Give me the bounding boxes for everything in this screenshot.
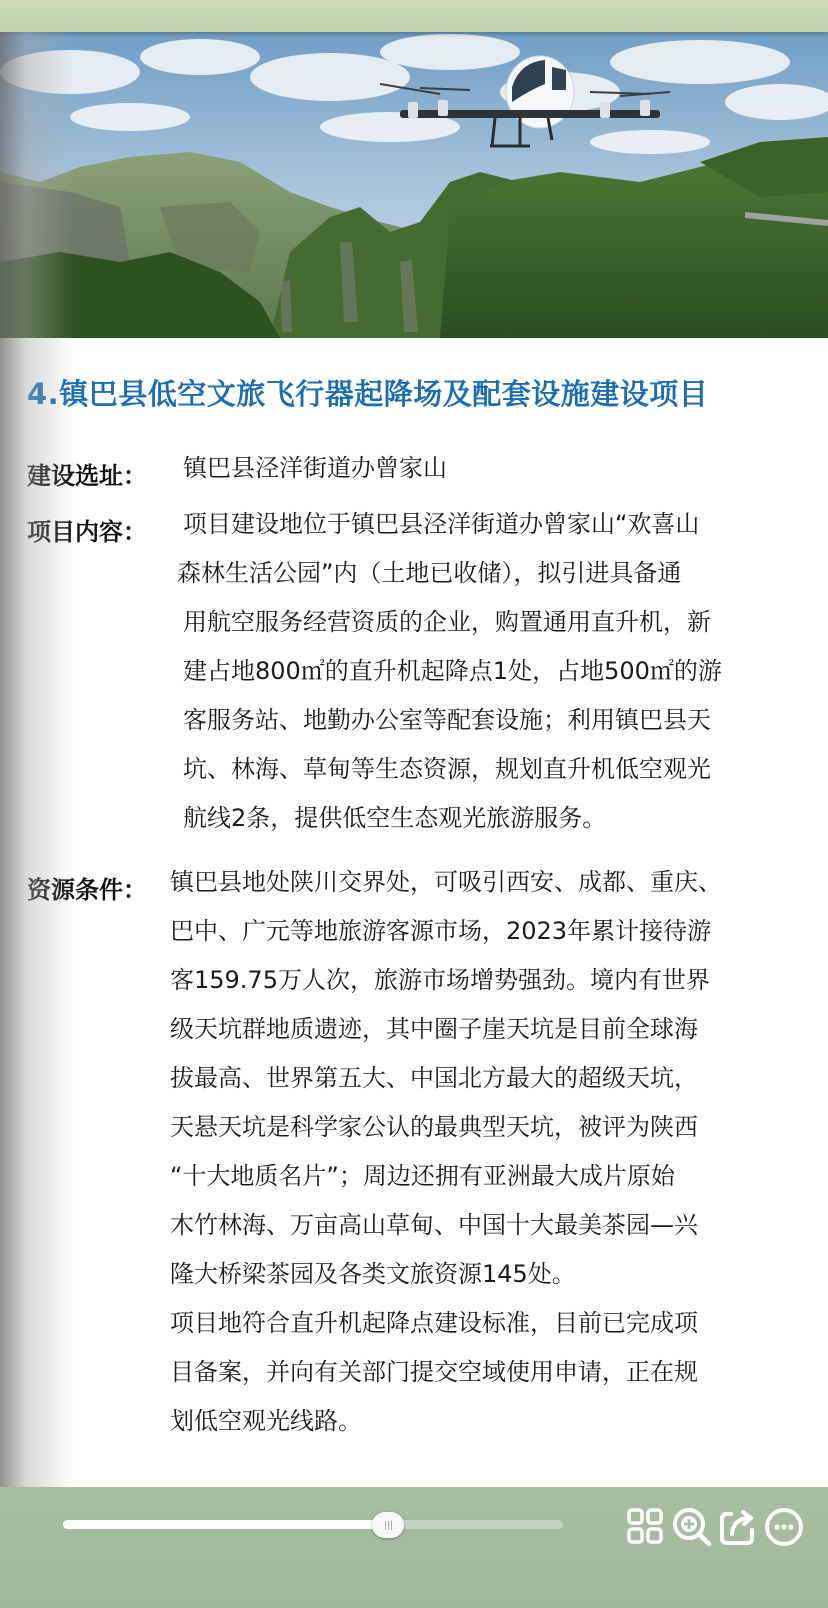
zoom-in-icon	[671, 1506, 713, 1548]
resources-text-line: 客159.75万人次，旅游市场增势强劲。境内有世界	[170, 956, 722, 1005]
content-text-line: 建占地800㎡的直升机起降点1处，占地500㎡的游	[183, 647, 722, 696]
resources-text-line: 木竹林海、万亩高山草甸、中国十大最美茶园—兴	[170, 1201, 722, 1250]
share-button[interactable]	[716, 1505, 760, 1549]
zoom-in-button[interactable]	[670, 1505, 714, 1549]
content-text-line: 项目建设地位于镇巴县泾洋街道办曾家山“欢喜山	[183, 500, 722, 549]
document-page: 4.镇巴县低空文旅飞行器起降场及配套设施建设项目 建设选址： 镇巴县泾洋街道办曾…	[0, 32, 828, 1487]
content-text-line: 客服务站、地勤办公室等配套设施；利用镇巴县天	[183, 696, 722, 745]
content-text-line: 航线2条，提供低空生态观光旅游服务。	[183, 794, 722, 843]
content-text: 项目建设地位于镇巴县泾洋街道办曾家山“欢喜山 森林生活公园”内（土地已收储），拟…	[183, 500, 722, 843]
resources-text: 镇巴县地处陕川交界处，可吸引西安、成都、重庆、 巴中、广元等地旅游客源市场，20…	[170, 858, 722, 1446]
site-text-line: 镇巴县泾洋街道办曾家山	[183, 444, 447, 493]
content-label: 项目内容：	[27, 512, 147, 547]
resources-text-line: 目备案，并向有关部门提交空域使用申请，正在规	[170, 1348, 722, 1397]
grid-view-icon	[626, 1507, 666, 1547]
resources-text-line: 划低空观光线路。	[170, 1397, 722, 1446]
resources-label: 资源条件：	[27, 870, 147, 905]
slider-fill	[63, 1520, 378, 1529]
viewer-top-band	[0, 0, 828, 32]
site-value: 镇巴县泾洋街道办曾家山	[183, 444, 447, 493]
content-text-line: 森林生活公园”内（土地已收储），拟引进具备通	[177, 549, 722, 598]
resources-text-line: 隆大桥梁茶园及各类文旅资源145处。	[170, 1250, 722, 1299]
resources-text-line: 天悬天坑是科学家公认的最典型天坑，被评为陕西	[170, 1103, 722, 1152]
site-label: 建设选址：	[27, 456, 147, 491]
hero-image	[0, 32, 828, 338]
resources-text-line: 巴中、广元等地旅游客源市场，2023年累计接待游	[170, 907, 722, 956]
share-icon	[717, 1506, 759, 1548]
project-title: 4.镇巴县低空文旅飞行器起降场及配套设施建设项目	[27, 372, 708, 413]
page-progress-slider[interactable]	[63, 1520, 563, 1529]
more-icon	[763, 1506, 805, 1548]
resources-text-line: “十大地质名片”；周边还拥有亚洲最大成片原始	[170, 1152, 722, 1201]
grid-view-button[interactable]	[624, 1505, 668, 1549]
viewer-toolbar	[624, 1500, 806, 1554]
resources-text-line: 拔最高、世界第五大、中国北方最大的超级天坑，	[170, 1054, 722, 1103]
content-text-line: 坑、林海、草甸等生态资源，规划直升机低空观光	[183, 745, 722, 794]
more-button[interactable]	[762, 1505, 806, 1549]
resources-text-line: 级天坑群地质遗迹，其中圈子崖天坑是目前全球海	[170, 1005, 722, 1054]
slider-thumb[interactable]	[372, 1512, 404, 1538]
resources-text-line: 镇巴县地处陕川交界处，可吸引西安、成都、重庆、	[170, 858, 722, 907]
resources-text-line: 项目地符合直升机起降点建设标准，目前已完成项	[170, 1299, 722, 1348]
content-text-line: 用航空服务经营资质的企业，购置通用直升机，新	[183, 598, 722, 647]
